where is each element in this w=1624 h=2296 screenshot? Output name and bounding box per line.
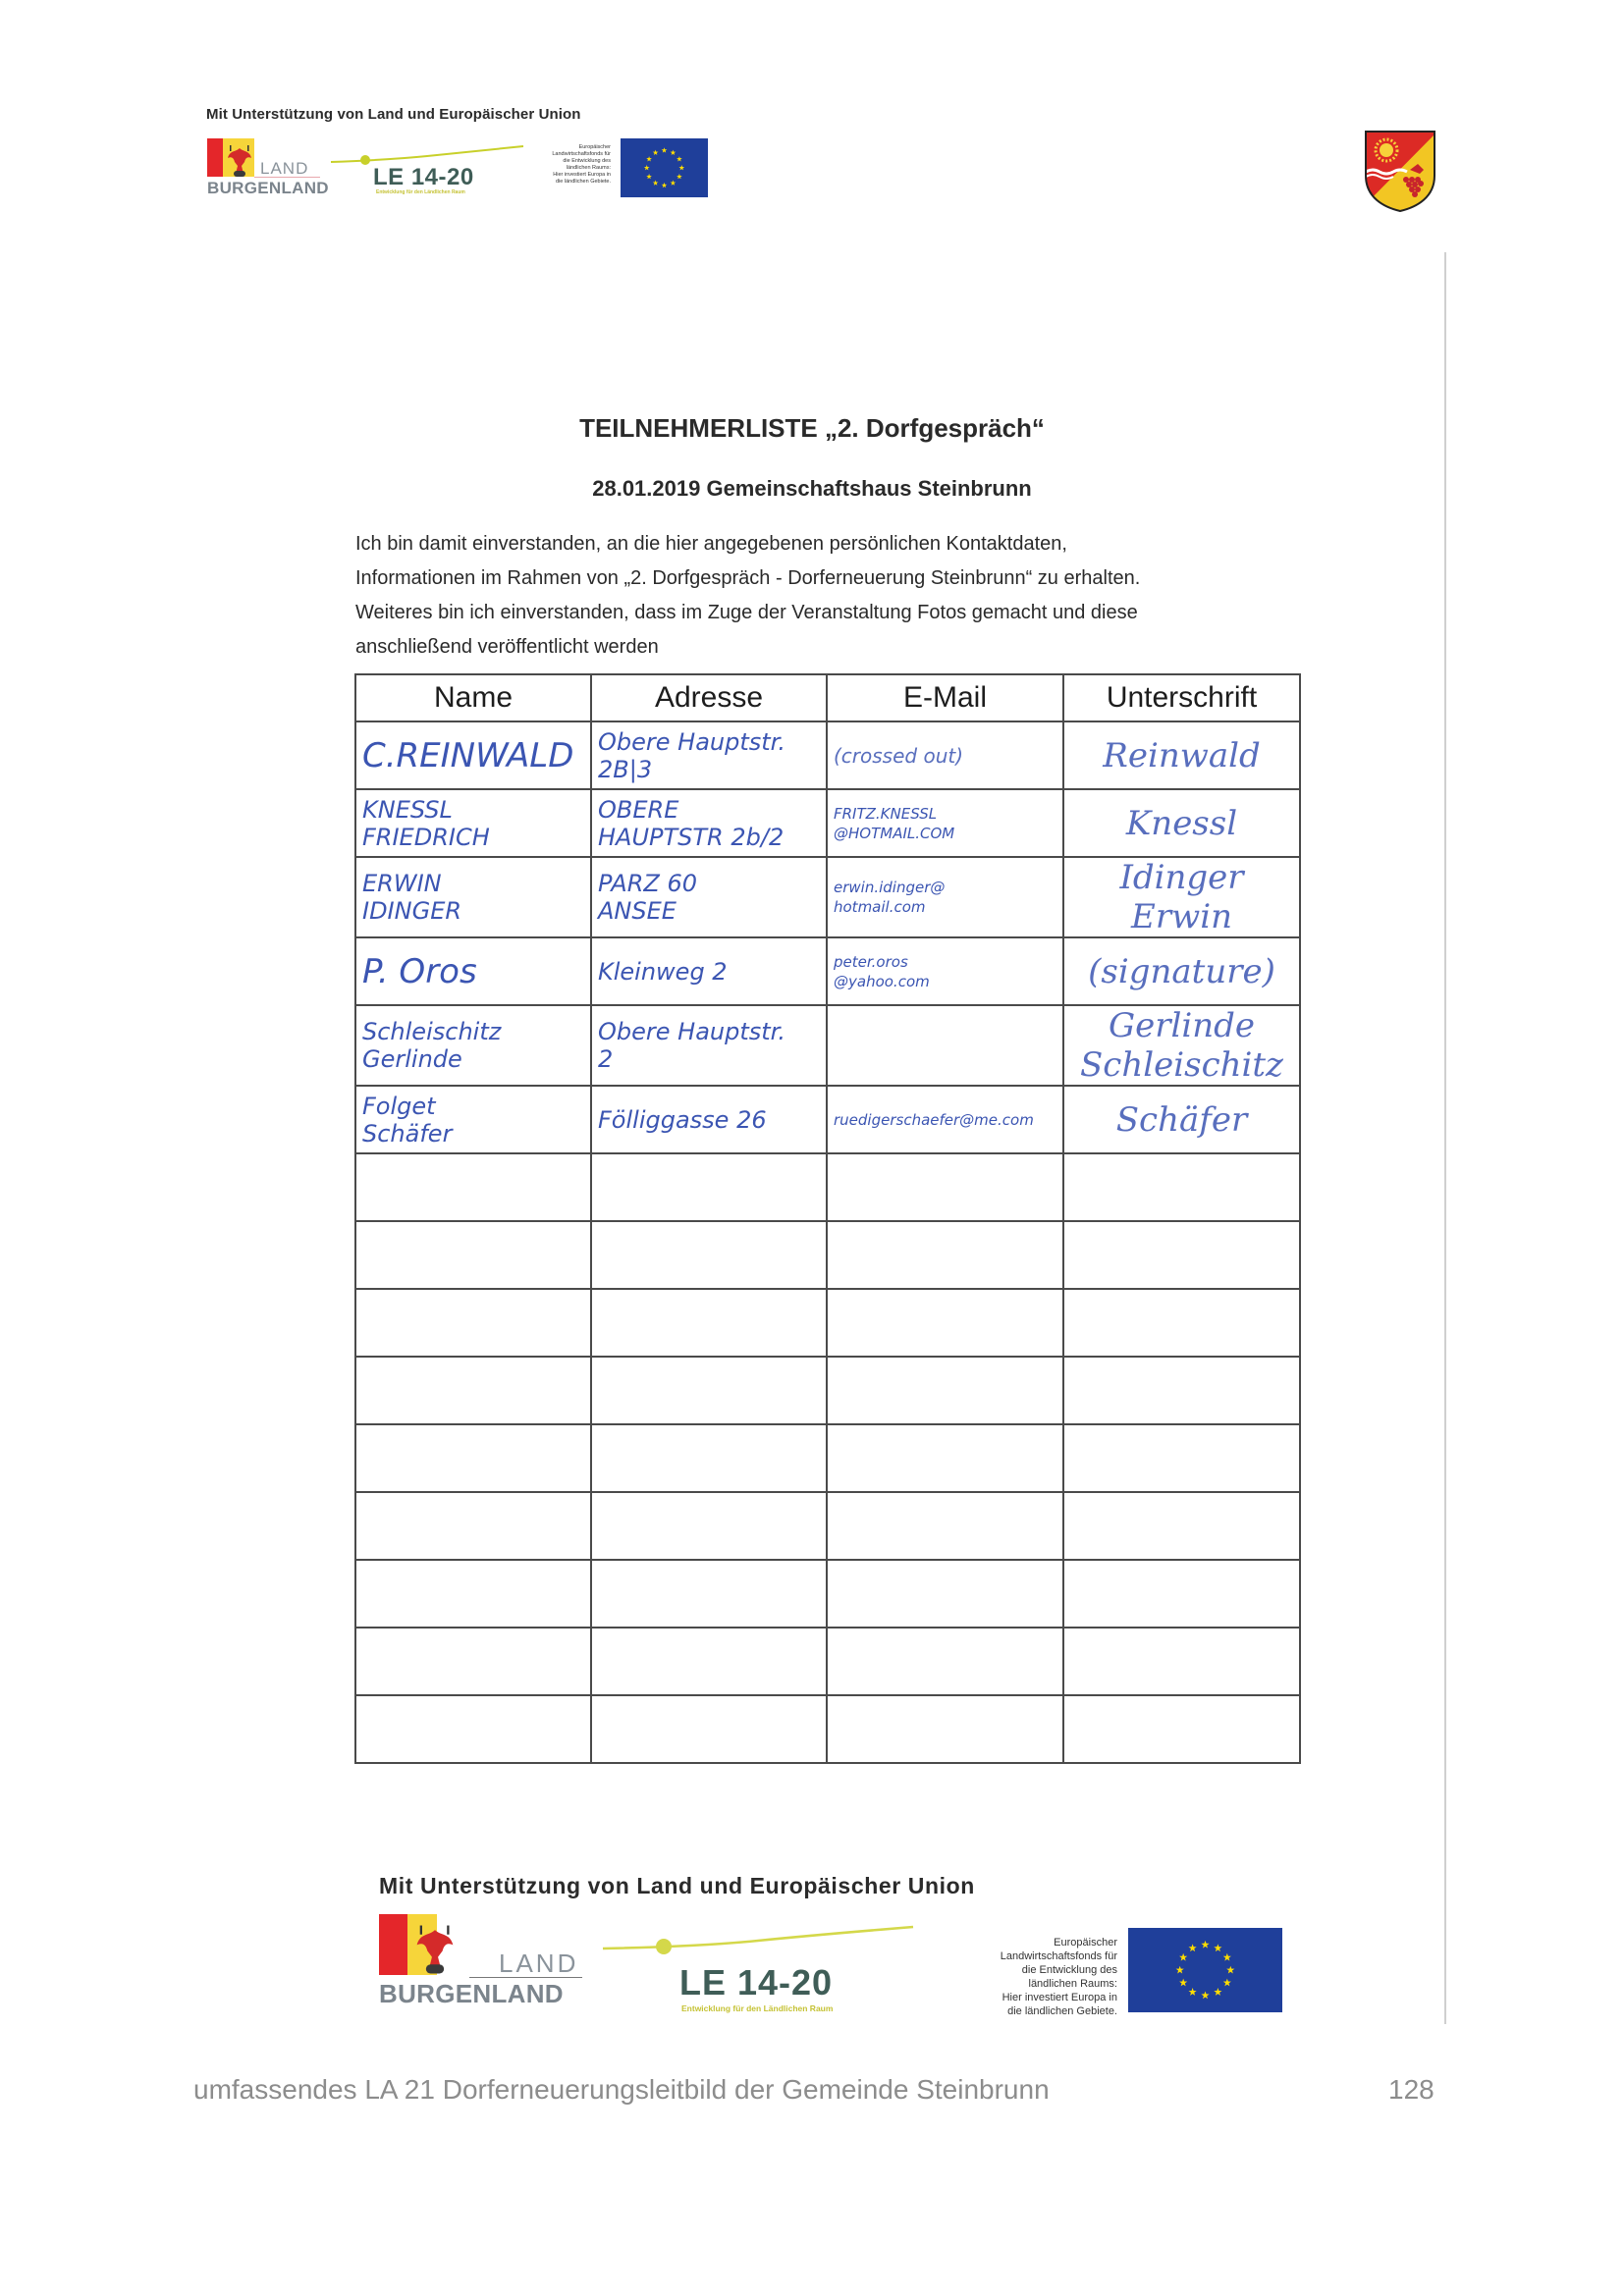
table-row: C.REINWALDObere Hauptstr. 2B|3(crossed o… bbox=[355, 721, 1300, 789]
eafrd-text-bottom: EuropäischerLandwirtschaftsfonds fürdie … bbox=[943, 1936, 1117, 2018]
support-caption-top: Mit Unterstützung von Land und Europäisc… bbox=[206, 106, 581, 123]
cell-address bbox=[591, 1289, 827, 1357]
cell-address bbox=[591, 1628, 827, 1695]
coat-of-arms-steinbrunn-icon bbox=[1363, 129, 1437, 212]
cell-name: ERWIN IDINGER bbox=[355, 857, 591, 937]
handwritten-address: OBERE HAUPTSTR 2b/2 bbox=[592, 796, 826, 851]
cell-address: PARZ 60 ANSEE bbox=[591, 857, 827, 937]
cell-name bbox=[355, 1289, 591, 1357]
cell-email: FRITZ.KNESSL @HOTMAIL.COM bbox=[827, 789, 1063, 857]
column-header-email: E-Mail bbox=[827, 674, 1063, 721]
cell-address bbox=[591, 1560, 827, 1628]
cell-email bbox=[827, 1289, 1063, 1357]
column-header-address: Adresse bbox=[591, 674, 827, 721]
consent-statement: Ich bin damit einverstanden, an die hier… bbox=[355, 527, 1318, 665]
cell-email bbox=[827, 1560, 1063, 1628]
cell-address: OBERE HAUPTSTR 2b/2 bbox=[591, 789, 827, 857]
handwritten-name: Schleischitz Gerlinde bbox=[356, 1018, 590, 1073]
handwritten-signature: Reinwald bbox=[1064, 736, 1299, 775]
cell-address: Obere Hauptstr. 2 bbox=[591, 1005, 827, 1086]
cell-name bbox=[355, 1695, 591, 1763]
support-caption-bottom: Mit Unterstützung von Land und Europäisc… bbox=[379, 1873, 975, 1899]
cell-name: P. Oros bbox=[355, 937, 591, 1005]
participant-table: Name Adresse E-Mail Unterschrift C.REINW… bbox=[354, 673, 1301, 1764]
cell-name: C.REINWALD bbox=[355, 721, 591, 789]
table-row bbox=[355, 1695, 1300, 1763]
land-burgenland-logo-bottom: LAND BURGENLAND bbox=[379, 1914, 585, 2012]
cell-address bbox=[591, 1695, 827, 1763]
cell-address: Kleinweg 2 bbox=[591, 937, 827, 1005]
cell-email bbox=[827, 1221, 1063, 1289]
cell-name bbox=[355, 1628, 591, 1695]
cell-signature bbox=[1063, 1424, 1300, 1492]
eagle-icon bbox=[413, 1924, 457, 1975]
cell-signature bbox=[1063, 1560, 1300, 1628]
page-footer-text: umfassendes LA 21 Dorferneuerungsleitbil… bbox=[193, 2074, 1050, 2106]
cell-signature bbox=[1063, 1492, 1300, 1560]
cell-signature bbox=[1063, 1221, 1300, 1289]
table-row: Folget SchäferFölliggasse 26ruedigerscha… bbox=[355, 1086, 1300, 1153]
table-row bbox=[355, 1357, 1300, 1424]
eu-flag-icon-bottom bbox=[1128, 1928, 1282, 2012]
cell-email bbox=[827, 1153, 1063, 1221]
handwritten-email: (crossed out) bbox=[828, 744, 1062, 768]
cell-email bbox=[827, 1357, 1063, 1424]
cell-email: (crossed out) bbox=[827, 721, 1063, 789]
cell-name bbox=[355, 1492, 591, 1560]
page-number: 128 bbox=[1388, 2074, 1435, 2106]
handwritten-address: PARZ 60 ANSEE bbox=[592, 870, 826, 925]
cell-signature: Schäfer bbox=[1063, 1086, 1300, 1153]
table-row bbox=[355, 1424, 1300, 1492]
cell-email: peter.oros @yahoo.com bbox=[827, 937, 1063, 1005]
handwritten-signature: Gerlinde Schleischitz bbox=[1064, 1006, 1299, 1085]
handwritten-email: erwin.idinger@ hotmail.com bbox=[828, 878, 1062, 917]
cell-address: Fölliggasse 26 bbox=[591, 1086, 827, 1153]
cell-signature: Reinwald bbox=[1063, 721, 1300, 789]
le-14-20-logo-top: LE 14-20 Entwicklung für den Ländlichen … bbox=[329, 142, 525, 201]
handwritten-address: Kleinweg 2 bbox=[592, 958, 826, 986]
table-row: P. OrosKleinweg 2peter.oros @yahoo.com(s… bbox=[355, 937, 1300, 1005]
cell-signature: Knessl bbox=[1063, 789, 1300, 857]
handwritten-signature: Knessl bbox=[1064, 804, 1299, 843]
handwritten-signature: (signature) bbox=[1064, 952, 1299, 991]
cell-signature bbox=[1063, 1628, 1300, 1695]
le-14-20-logo-bottom: LE 14-20 Entwicklung für den Ländlichen … bbox=[601, 1919, 915, 2017]
cell-name: Schleischitz Gerlinde bbox=[355, 1005, 591, 1086]
cell-signature bbox=[1063, 1695, 1300, 1763]
handwritten-signature: Schäfer bbox=[1064, 1100, 1299, 1140]
column-header-signature: Unterschrift bbox=[1063, 674, 1300, 721]
cell-name bbox=[355, 1357, 591, 1424]
cell-signature: (signature) bbox=[1063, 937, 1300, 1005]
table-header-row: Name Adresse E-Mail Unterschrift bbox=[355, 674, 1300, 721]
cell-signature bbox=[1063, 1357, 1300, 1424]
table-row bbox=[355, 1289, 1300, 1357]
table-row bbox=[355, 1628, 1300, 1695]
cell-name: KNESSL FRIEDRICH bbox=[355, 789, 591, 857]
cell-email bbox=[827, 1628, 1063, 1695]
cell-email bbox=[827, 1424, 1063, 1492]
land-burgenland-logo-top: LAND BURGENLAND bbox=[207, 138, 320, 199]
handwritten-name: KNESSL FRIEDRICH bbox=[356, 796, 590, 851]
cell-signature: Idinger Erwin bbox=[1063, 857, 1300, 937]
handwritten-name: Folget Schäfer bbox=[356, 1093, 590, 1148]
cell-name: Folget Schäfer bbox=[355, 1086, 591, 1153]
cell-name bbox=[355, 1153, 591, 1221]
cell-address bbox=[591, 1424, 827, 1492]
cell-address bbox=[591, 1221, 827, 1289]
table-row bbox=[355, 1221, 1300, 1289]
cell-name bbox=[355, 1560, 591, 1628]
handwritten-name: ERWIN IDINGER bbox=[356, 870, 590, 925]
table-row: Schleischitz GerlindeObere Hauptstr. 2Ge… bbox=[355, 1005, 1300, 1086]
cell-email bbox=[827, 1695, 1063, 1763]
handwritten-email: peter.oros @yahoo.com bbox=[828, 952, 1062, 991]
handwritten-address: Fölliggasse 26 bbox=[592, 1106, 826, 1134]
handwritten-signature: Idinger Erwin bbox=[1064, 858, 1299, 936]
eafrd-text-top: EuropäischerLandwirtschaftsfonds fürdie … bbox=[530, 144, 611, 186]
table-row bbox=[355, 1492, 1300, 1560]
cell-email bbox=[827, 1492, 1063, 1560]
eagle-icon bbox=[226, 144, 253, 178]
cell-address bbox=[591, 1153, 827, 1221]
handwritten-name: P. Oros bbox=[356, 954, 590, 989]
table-row bbox=[355, 1560, 1300, 1628]
handwritten-email: ruedigerschaefer@me.com bbox=[828, 1110, 1062, 1130]
cell-name bbox=[355, 1221, 591, 1289]
cell-name bbox=[355, 1424, 591, 1492]
document-subtitle: 28.01.2019 Gemeinschaftshaus Steinbrunn bbox=[0, 476, 1624, 502]
cell-signature bbox=[1063, 1289, 1300, 1357]
cell-email bbox=[827, 1005, 1063, 1086]
cell-email: erwin.idinger@ hotmail.com bbox=[827, 857, 1063, 937]
handwritten-address: Obere Hauptstr. 2 bbox=[592, 1018, 826, 1073]
cell-address bbox=[591, 1357, 827, 1424]
handwritten-address: Obere Hauptstr. 2B|3 bbox=[592, 728, 826, 783]
handwritten-email: FRITZ.KNESSL @HOTMAIL.COM bbox=[828, 804, 1062, 843]
table-row bbox=[355, 1153, 1300, 1221]
table-row: KNESSL FRIEDRICHOBERE HAUPTSTR 2b/2FRITZ… bbox=[355, 789, 1300, 857]
column-header-name: Name bbox=[355, 674, 591, 721]
scan-edge-line bbox=[1444, 252, 1446, 2024]
eu-flag-icon-top bbox=[621, 138, 708, 197]
document-title: TEILNEHMERLISTE „2. Dorfgespräch“ bbox=[0, 413, 1624, 444]
table-row: ERWIN IDINGERPARZ 60 ANSEEerwin.idinger@… bbox=[355, 857, 1300, 937]
cell-email: ruedigerschaefer@me.com bbox=[827, 1086, 1063, 1153]
handwritten-name: C.REINWALD bbox=[356, 738, 590, 774]
cell-address: Obere Hauptstr. 2B|3 bbox=[591, 721, 827, 789]
cell-address bbox=[591, 1492, 827, 1560]
cell-signature bbox=[1063, 1153, 1300, 1221]
cell-signature: Gerlinde Schleischitz bbox=[1063, 1005, 1300, 1086]
